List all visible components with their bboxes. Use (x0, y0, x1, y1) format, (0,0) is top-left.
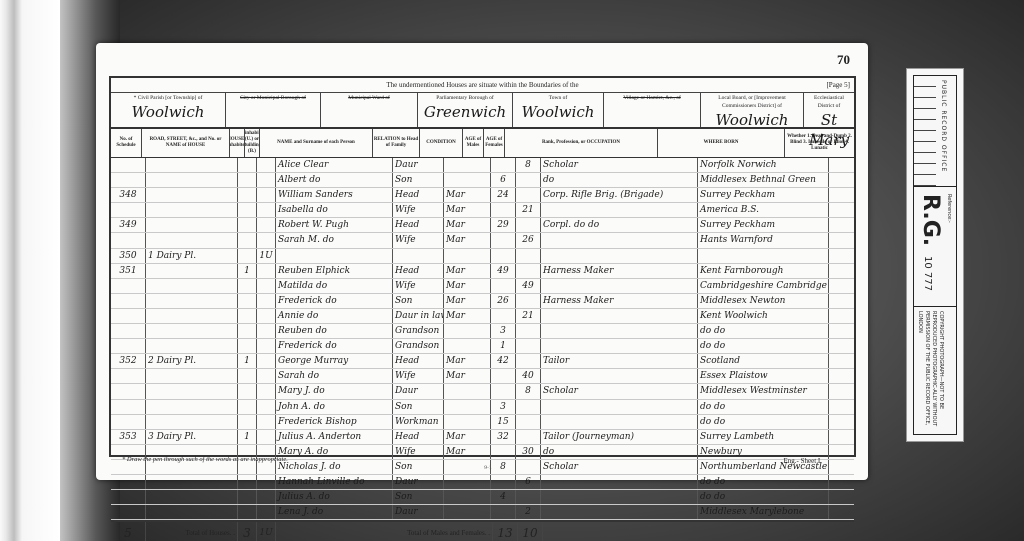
total-persons-label: Total of Males and Females. . (276, 522, 493, 541)
age-female-cell (516, 354, 541, 368)
relation-cell: Grandson (393, 339, 444, 353)
infirmity-cell (829, 188, 854, 202)
total-schedules: 5 (111, 522, 146, 541)
house-inhabited-cell (238, 475, 257, 489)
civil-parish-cell: * Civil Parish [or Township] of Woolwich (111, 93, 226, 127)
age-male-cell (491, 505, 516, 519)
person-name-cell: Hannah Linville do (276, 475, 393, 489)
col-age-males: AGE of Males (463, 129, 484, 157)
address-cell (146, 218, 238, 232)
local-board-value: Woolwich (704, 110, 800, 130)
infirmity-cell (829, 369, 854, 383)
age-male-cell: 49 (491, 264, 516, 278)
table-row: 3522 Dairy Pl.1George MurrayHeadMar42Tai… (111, 354, 854, 369)
age-female-cell (516, 324, 541, 338)
where-born-cell: Essex Plaistow (698, 369, 829, 383)
form-heading: The undermentioned Houses are situate wi… (111, 78, 854, 93)
address-cell (146, 158, 238, 172)
address-cell: 3 Dairy Pl. (146, 430, 238, 444)
col-road: ROAD, STREET, &c., and No. or NAME of HO… (142, 129, 230, 157)
age-female-cell (516, 218, 541, 232)
where-born-cell: Norfolk Norwich (698, 158, 829, 172)
house-uninhabited-cell (257, 354, 276, 368)
relation-cell: Head (393, 264, 444, 278)
relation-cell: Head (393, 354, 444, 368)
census-page: 70 The undermentioned Houses are situate… (96, 43, 868, 480)
house-uninhabited-cell (257, 400, 276, 414)
col-name: NAME and Surname of each Person (260, 129, 373, 157)
house-inhabited-cell (238, 218, 257, 232)
age-male-cell (491, 369, 516, 383)
occupation-cell (541, 339, 698, 353)
schedule-number-cell (111, 324, 146, 338)
age-male-cell (491, 279, 516, 293)
schedule-number-cell (111, 415, 146, 429)
address-cell (146, 294, 238, 308)
person-name-cell: Nicholas J. do (276, 460, 393, 474)
where-born-cell: do do (698, 415, 829, 429)
schedule-number-cell (111, 475, 146, 489)
occupation-cell: Tailor (Journeyman) (541, 430, 698, 444)
age-male-cell (491, 249, 516, 263)
column-headers: No. of Schedule ROAD, STREET, &c., and N… (111, 129, 854, 158)
parliamentary-borough-cell: Parliamentary Borough of Greenwich (418, 93, 513, 127)
house-inhabited-cell: 1 (238, 430, 257, 444)
page-label: [Page 5] (826, 78, 850, 92)
age-male-cell (491, 384, 516, 398)
occupation-cell: Corpl. do do (541, 218, 698, 232)
schedule-number-cell (111, 173, 146, 187)
relation-cell: Daur (393, 384, 444, 398)
address-cell (146, 505, 238, 519)
census-rows: Alice ClearDaur8ScholarNorfolk NorwichAl… (111, 158, 854, 520)
house-uninhabited-cell (257, 490, 276, 504)
condition-cell (444, 384, 491, 398)
where-born-cell: Kent Woolwich (698, 309, 829, 323)
age-male-cell (491, 158, 516, 172)
schedule-number-cell (111, 294, 146, 308)
age-female-cell (516, 415, 541, 429)
schedule-number-cell: 352 (111, 354, 146, 368)
municipal-ward-cell: Municipal Ward of (321, 93, 418, 127)
table-row: Matilda doWifeMar49Cambridgeshire Cambri… (111, 279, 854, 294)
address-cell (146, 324, 238, 338)
address-cell: 1 Dairy Pl. (146, 249, 238, 263)
where-born-cell: Middlesex Westminster (698, 384, 829, 398)
age-female-cell (516, 294, 541, 308)
house-uninhabited-cell (257, 505, 276, 519)
house-uninhabited-cell (257, 339, 276, 353)
address-cell (146, 279, 238, 293)
civil-parish-value: Woolwich (114, 102, 222, 122)
condition-cell: Mar (444, 445, 491, 459)
schedule-number-cell: 353 (111, 430, 146, 444)
where-born-cell: Surrey Lambeth (698, 430, 829, 444)
age-female-cell: 49 (516, 279, 541, 293)
person-name-cell: John A. do (276, 400, 393, 414)
age-male-cell (491, 233, 516, 247)
age-female-cell: 8 (516, 384, 541, 398)
table-row: Hannah Linville doDaur6do do (111, 475, 854, 490)
municipal-borough-cell: City or Municipal Borough of (226, 93, 321, 127)
age-male-cell: 3 (491, 400, 516, 414)
location-row: * Civil Parish [or Township] of Woolwich… (111, 93, 854, 129)
relation-cell: Son (393, 294, 444, 308)
age-female-cell (516, 264, 541, 278)
table-row: 3511Reuben ElphickHeadMar49Harness Maker… (111, 264, 854, 279)
relation-cell: Wife (393, 279, 444, 293)
condition-cell: Mar (444, 309, 491, 323)
print-code: 9-1 (484, 465, 492, 471)
town-cell: Town of Woolwich (513, 93, 604, 127)
schedule-number-cell (111, 203, 146, 217)
where-born-cell: Hants Warnford (698, 233, 829, 247)
house-uninhabited-cell (257, 158, 276, 172)
table-row: Mary J. doDaur8ScholarMiddlesex Westmins… (111, 384, 854, 399)
age-male-cell (491, 309, 516, 323)
house-inhabited-cell (238, 505, 257, 519)
occupation-cell (541, 490, 698, 504)
infirmity-cell (829, 233, 854, 247)
condition-cell (444, 475, 491, 489)
where-born-cell: Surrey Peckham (698, 188, 829, 202)
address-cell (146, 309, 238, 323)
infirmity-cell (829, 505, 854, 519)
record-class: R.G. (918, 194, 943, 246)
where-born-cell: Middlesex Marylebone (698, 505, 829, 519)
condition-cell (444, 324, 491, 338)
occupation-cell: Harness Maker (541, 294, 698, 308)
person-name-cell: Sarah M. do (276, 233, 393, 247)
house-uninhabited-cell (257, 369, 276, 383)
footnote: * Draw the pen through such of the words… (122, 456, 288, 463)
house-uninhabited-cell: 1U (257, 249, 276, 263)
person-name-cell (276, 249, 393, 263)
table-row: 349Robert W. PughHeadMar29Corpl. do doSu… (111, 218, 854, 233)
col-uninhabited: Uninhabited (U.) or Building (B.) (245, 129, 260, 157)
copyright-notice: COPYRIGHT PHOTOGRAPH—NOT TO BE REPRODUCE… (916, 311, 944, 435)
age-male-cell: 8 (491, 460, 516, 474)
house-inhabited-cell (238, 415, 257, 429)
schedule-number-cell (111, 400, 146, 414)
occupation-cell: Tailor (541, 354, 698, 368)
occupation-cell: Corp. Rifle Brig. (Brigade) (541, 188, 698, 202)
infirmity-cell (829, 490, 854, 504)
house-inhabited-cell (238, 369, 257, 383)
age-male-cell (491, 475, 516, 489)
age-female-cell: 6 (516, 475, 541, 489)
address-cell (146, 264, 238, 278)
total-females: 10 (518, 522, 543, 541)
age-male-cell: 24 (491, 188, 516, 202)
occupation-cell (541, 415, 698, 429)
house-inhabited-cell (238, 233, 257, 247)
relation-cell: Grandson (393, 324, 444, 338)
occupation-cell (541, 309, 698, 323)
address-cell (146, 203, 238, 217)
scale-ruler: PUBLIC RECORD OFFICE (914, 76, 956, 187)
age-female-cell: 26 (516, 233, 541, 247)
address-cell (146, 369, 238, 383)
address-cell (146, 384, 238, 398)
house-uninhabited-cell (257, 264, 276, 278)
house-inhabited-cell (238, 279, 257, 293)
schedule-number-cell (111, 384, 146, 398)
ecclesiastical-district-label: Ecclesiastical District of (807, 94, 851, 110)
office-name: PUBLIC RECORD OFFICE (940, 80, 947, 172)
infirmity-cell (829, 294, 854, 308)
schedule-number-cell (111, 505, 146, 519)
schedule-number-cell (111, 158, 146, 172)
relation-cell: Head (393, 188, 444, 202)
person-name-cell: Sarah do (276, 369, 393, 383)
table-row: Frederick doGrandson1do do (111, 339, 854, 354)
infirmity-cell (829, 309, 854, 323)
condition-cell: Mar (444, 294, 491, 308)
person-name-cell: William Sanders (276, 188, 393, 202)
table-row: Sarah M. doWifeMar26Hants Warnford (111, 233, 854, 248)
relation-cell: Son (393, 173, 444, 187)
ecclesiastical-district-cell: Ecclesiastical District of St Mary (804, 93, 854, 127)
relation-cell: Wife (393, 369, 444, 383)
where-born-cell: do do (698, 339, 829, 353)
relation-cell: Daur (393, 475, 444, 489)
age-male-cell: 15 (491, 415, 516, 429)
where-born-cell: do do (698, 324, 829, 338)
condition-cell: Mar (444, 233, 491, 247)
age-male-cell (491, 445, 516, 459)
schedule-number-cell (111, 309, 146, 323)
address-cell (146, 233, 238, 247)
house-inhabited-cell (238, 173, 257, 187)
relation-cell: Son (393, 460, 444, 474)
relation-cell: Wife (393, 203, 444, 217)
parliamentary-borough-value: Greenwich (421, 102, 509, 122)
house-inhabited-cell (238, 309, 257, 323)
where-born-cell: Middlesex Bethnal Green (698, 173, 829, 187)
condition-cell: Mar (444, 264, 491, 278)
schedule-number-cell: 350 (111, 249, 146, 263)
address-cell (146, 490, 238, 504)
relation-cell: Son (393, 490, 444, 504)
infirmity-cell (829, 384, 854, 398)
local-board-cell: Local Board, or [Improvement Commissione… (701, 93, 804, 127)
col-schedule: No. of Schedule (111, 129, 142, 157)
totals-row: 5 Total of Houses. . 3 1U Total of Males… (111, 520, 854, 541)
house-inhabited-cell (238, 294, 257, 308)
occupation-cell (541, 475, 698, 489)
where-born-cell: Scotland (698, 354, 829, 368)
occupation-cell: Scholar (541, 384, 698, 398)
age-female-cell (516, 188, 541, 202)
age-male-cell (491, 203, 516, 217)
age-female-cell (516, 400, 541, 414)
infirmity-cell (829, 400, 854, 414)
piece-number: 10 777 (922, 256, 933, 291)
schedule-number-cell (111, 490, 146, 504)
local-board-label: Local Board, or [Improvement Commissione… (704, 94, 800, 110)
person-name-cell: Frederick do (276, 339, 393, 353)
condition-cell (444, 505, 491, 519)
condition-cell (444, 249, 491, 263)
house-uninhabited-cell (257, 233, 276, 247)
where-born-cell: Cambridgeshire Cambridge (698, 279, 829, 293)
house-inhabited-cell (238, 490, 257, 504)
infirmity-cell (829, 279, 854, 293)
person-name-cell: Reuben do (276, 324, 393, 338)
person-name-cell: Mary J. do (276, 384, 393, 398)
occupation-cell (541, 400, 698, 414)
schedule-number-cell: 351 (111, 264, 146, 278)
relation-cell: Wife (393, 233, 444, 247)
table-row: Julius A. doSon4do do (111, 490, 854, 505)
relation-cell: Workman (393, 415, 444, 429)
address-cell (146, 400, 238, 414)
table-row: Annie doDaur in lawMar21Kent Woolwich (111, 309, 854, 324)
age-female-cell: 21 (516, 309, 541, 323)
relation-cell: Daur (393, 158, 444, 172)
table-row: John A. doSon3do do (111, 400, 854, 415)
occupation-cell: Scholar (541, 460, 698, 474)
age-female-cell (516, 490, 541, 504)
person-name-cell: Matilda do (276, 279, 393, 293)
age-male-cell: 26 (491, 294, 516, 308)
age-female-cell: 30 (516, 445, 541, 459)
house-uninhabited-cell (257, 203, 276, 217)
where-born-cell: America B.S. (698, 203, 829, 217)
table-row: Lena J. doDaur2Middlesex Marylebone (111, 505, 854, 520)
person-name-cell: Robert W. Pugh (276, 218, 393, 232)
folio-number: 70 (837, 52, 850, 68)
total-males: 13 (493, 522, 518, 541)
house-uninhabited-cell (257, 188, 276, 202)
infirmity-cell (829, 339, 854, 353)
occupation-cell (541, 369, 698, 383)
person-name-cell: Frederick Bishop (276, 415, 393, 429)
parliamentary-borough-label: Parliamentary Borough of (421, 94, 509, 102)
table-row: Isabella doWifeMar21America B.S. (111, 203, 854, 218)
person-name-cell: George Murray (276, 354, 393, 368)
infirmity-cell (829, 460, 854, 474)
condition-cell (444, 490, 491, 504)
house-uninhabited-cell (257, 324, 276, 338)
table-row: Alice ClearDaur8ScholarNorfolk Norwich (111, 158, 854, 173)
age-female-cell (516, 173, 541, 187)
house-inhabited-cell (238, 384, 257, 398)
age-female-cell (516, 339, 541, 353)
ecclesiastical-district-value: St Mary (807, 110, 851, 150)
condition-cell: Mar (444, 188, 491, 202)
age-female-cell (516, 460, 541, 474)
house-uninhabited-cell (257, 294, 276, 308)
age-male-cell: 32 (491, 430, 516, 444)
house-inhabited-cell (238, 249, 257, 263)
where-born-cell: Surrey Peckham (698, 218, 829, 232)
archive-reference-card: PUBLIC RECORD OFFICE R.G. Reference:- 10… (906, 68, 964, 442)
village-label: Village or Hamlet, &c., of (607, 94, 697, 102)
age-female-cell (516, 249, 541, 263)
reference-label: Reference:- (946, 194, 952, 223)
occupation-cell: Scholar (541, 158, 698, 172)
schedule-number-cell (111, 369, 146, 383)
card-border: PUBLIC RECORD OFFICE R.G. Reference:- 10… (913, 75, 957, 435)
table-row: Frederick doSonMar26Harness MakerMiddles… (111, 294, 854, 309)
municipal-borough-label: City or Municipal Borough of (229, 94, 317, 102)
house-uninhabited-cell (257, 475, 276, 489)
age-female-cell: 8 (516, 158, 541, 172)
infirmity-cell (829, 415, 854, 429)
condition-cell: Mar (444, 354, 491, 368)
schedule-number-cell (111, 233, 146, 247)
age-female-cell: 21 (516, 203, 541, 217)
condition-cell (444, 173, 491, 187)
address-cell (146, 339, 238, 353)
where-born-cell: Kent Farnborough (698, 264, 829, 278)
relation-cell: Son (393, 400, 444, 414)
occupation-cell: do (541, 173, 698, 187)
condition-cell: Mar (444, 203, 491, 217)
village-cell: Village or Hamlet, &c., of (604, 93, 701, 127)
address-cell (146, 415, 238, 429)
address-cell (146, 475, 238, 489)
total-houses-inhabited: 3 (238, 522, 257, 541)
house-uninhabited-cell (257, 218, 276, 232)
table-row: 348William SandersHeadMar24Corp. Rifle B… (111, 188, 854, 203)
town-value: Woolwich (516, 102, 600, 122)
schedule-number-cell (111, 279, 146, 293)
infirmity-cell (829, 264, 854, 278)
relation-cell: Daur in law (393, 309, 444, 323)
occupation-cell: do (541, 445, 698, 459)
table-row: 3501 Dairy Pl.1U (111, 249, 854, 264)
age-male-cell: 3 (491, 324, 516, 338)
house-uninhabited-cell (257, 173, 276, 187)
age-female-cell: 2 (516, 505, 541, 519)
total-houses-uninhabited: 1U (257, 522, 276, 541)
infirmity-cell (829, 430, 854, 444)
where-born-cell: Middlesex Newton (698, 294, 829, 308)
age-male-cell: 1 (491, 339, 516, 353)
infirmity-cell (829, 218, 854, 232)
infirmity-cell (829, 445, 854, 459)
house-uninhabited-cell (257, 384, 276, 398)
occupation-cell (541, 279, 698, 293)
house-inhabited-cell (238, 324, 257, 338)
house-uninhabited-cell (257, 415, 276, 429)
house-inhabited-cell (238, 158, 257, 172)
col-inhabited: HOUSES Inhabited (230, 129, 245, 157)
house-inhabited-cell (238, 400, 257, 414)
infirmity-cell (829, 475, 854, 489)
age-female-cell: 40 (516, 369, 541, 383)
age-male-cell: 42 (491, 354, 516, 368)
totals-blank (543, 522, 854, 541)
town-label: Town of (516, 94, 600, 102)
occupation-cell (541, 233, 698, 247)
relation-cell: Daur (393, 505, 444, 519)
where-born-cell: do do (698, 400, 829, 414)
infirmity-cell (829, 324, 854, 338)
civil-parish-label: * Civil Parish [or Township] of (114, 94, 222, 102)
where-born-cell: do do (698, 475, 829, 489)
age-male-cell: 4 (491, 490, 516, 504)
person-name-cell: Julius A. Anderton (276, 430, 393, 444)
house-uninhabited-cell (257, 279, 276, 293)
house-inhabited-cell (238, 203, 257, 217)
occupation-cell (541, 505, 698, 519)
total-houses-label: Total of Houses. . (146, 522, 238, 541)
house-inhabited-cell: 1 (238, 264, 257, 278)
